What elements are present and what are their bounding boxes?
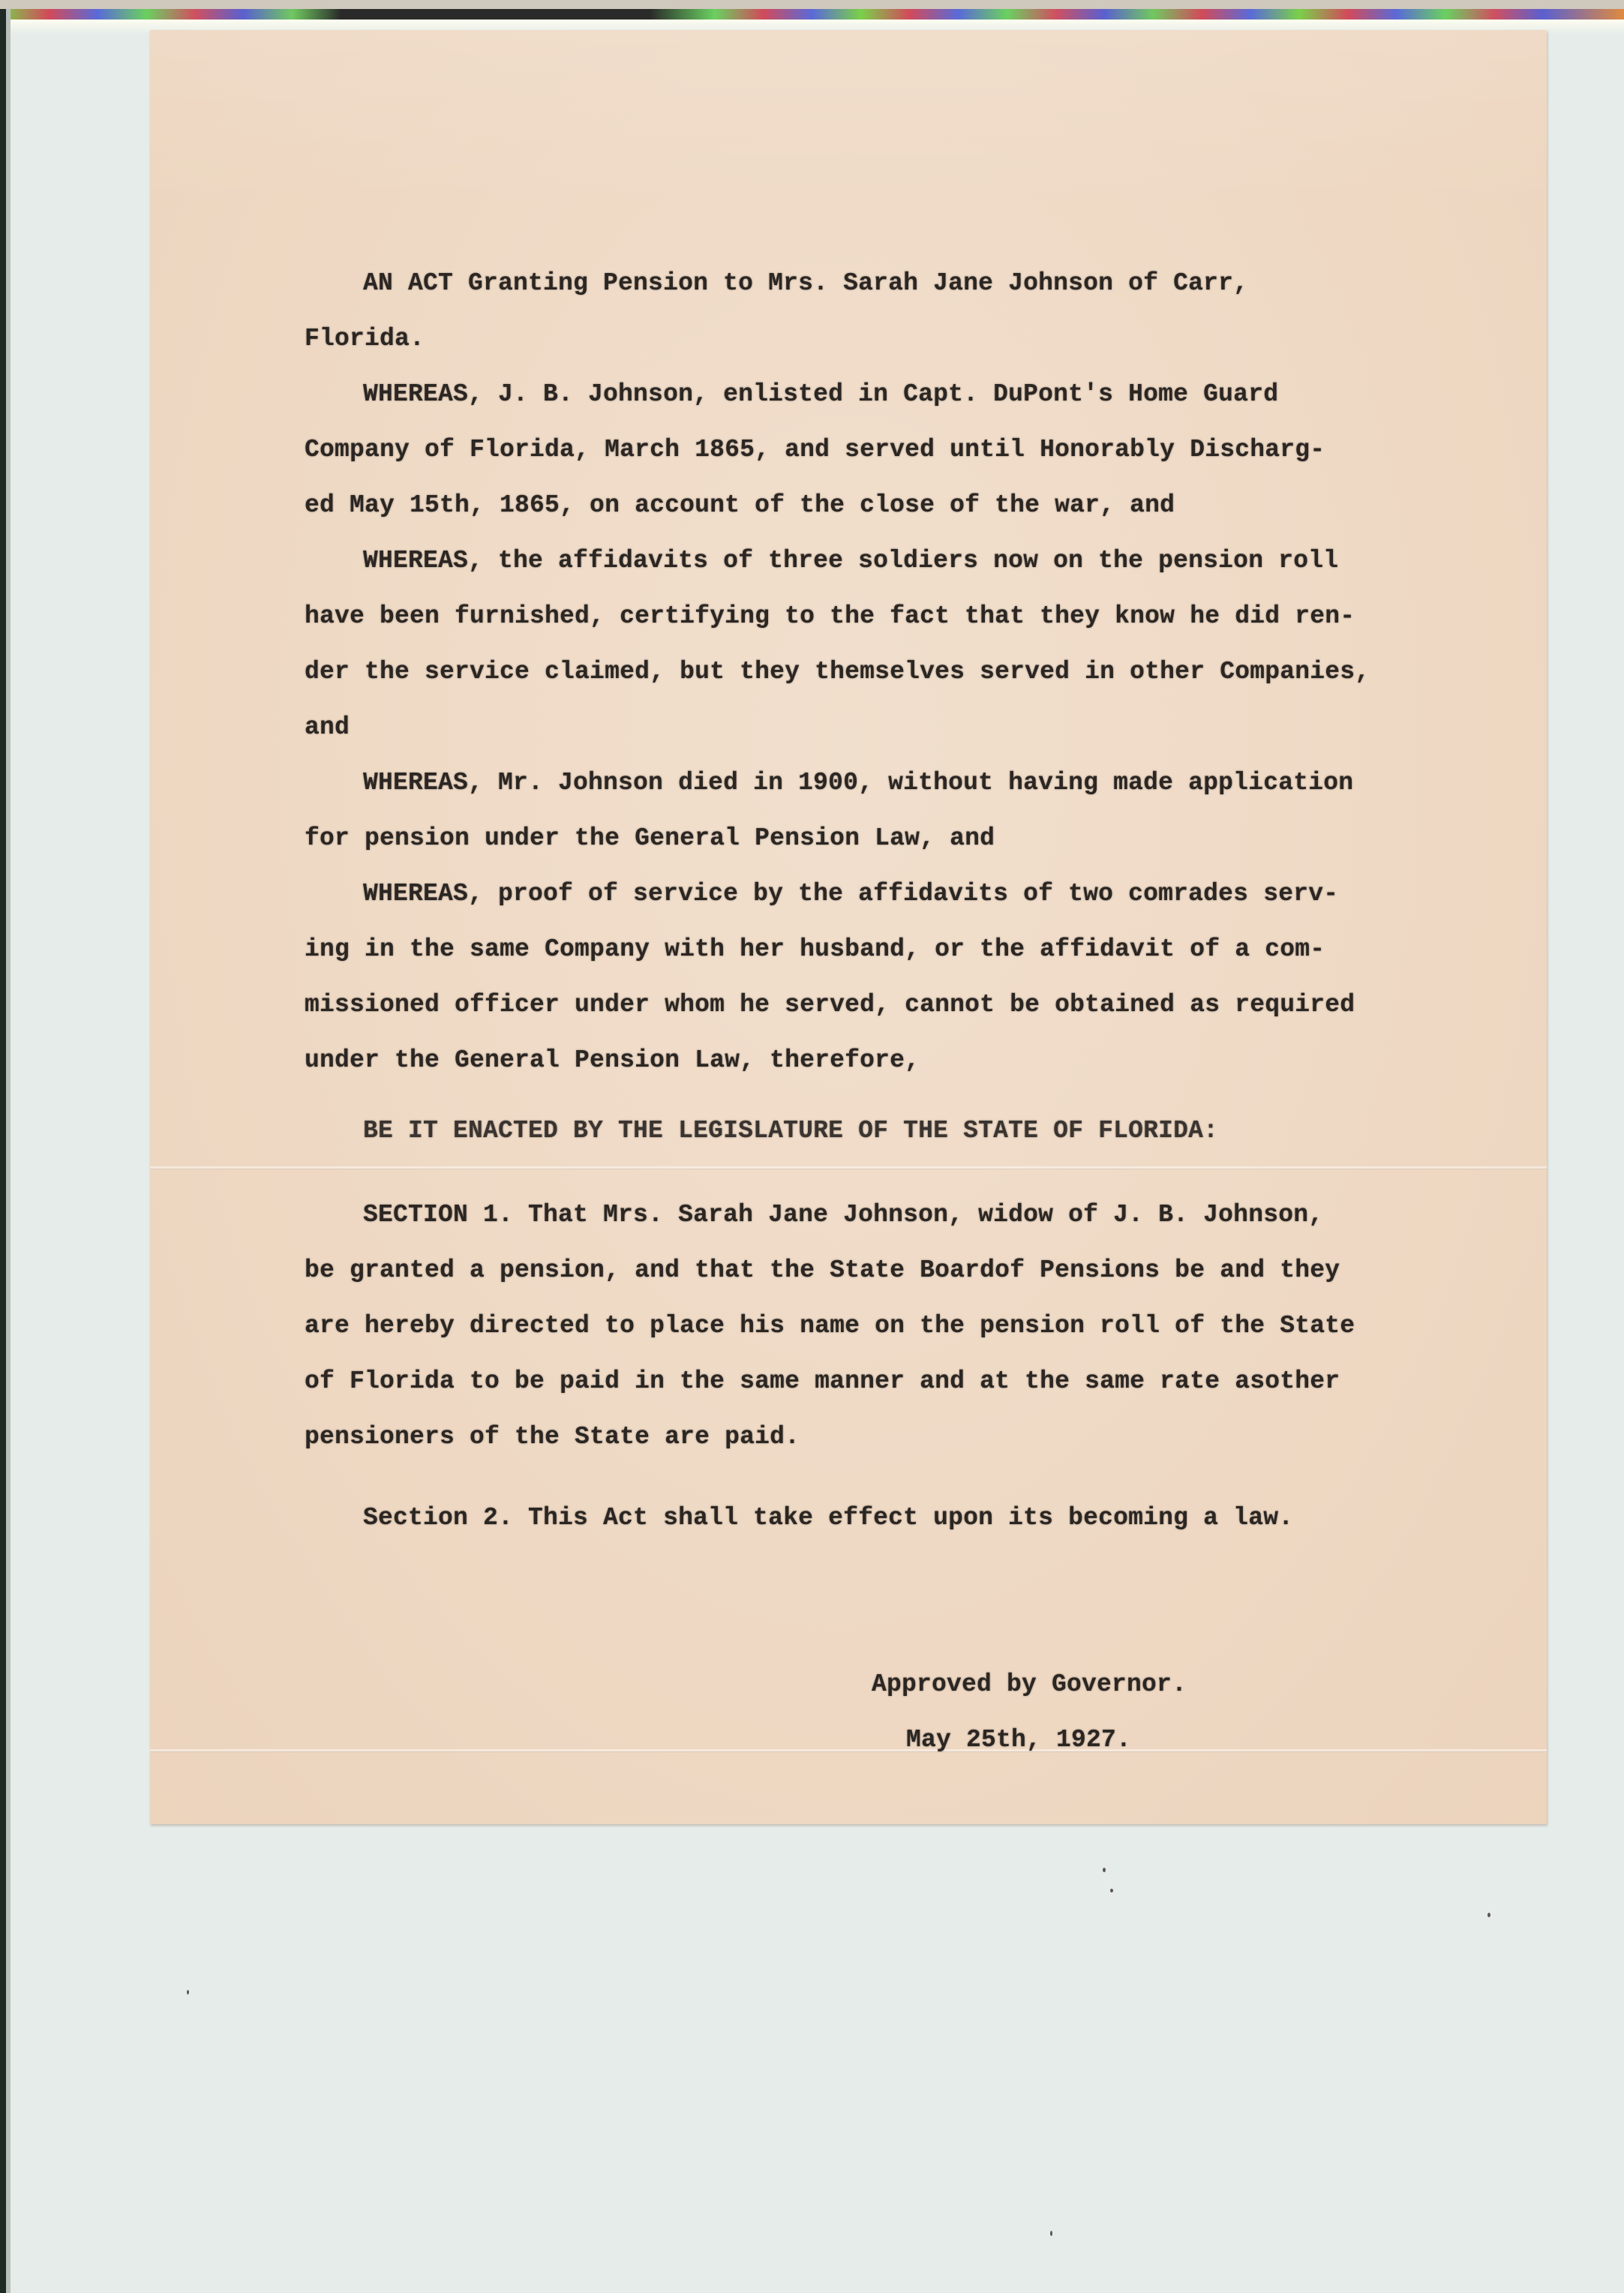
section-1-line-2: be granted a pension, and that the State…: [305, 1256, 1340, 1286]
whereas-3-line-2: for pension under the General Pension La…: [305, 824, 995, 854]
scan-speck: [187, 1990, 189, 1994]
approval-line: Approved by Governor.: [872, 1670, 1187, 1700]
whereas-1-line-1: WHEREAS, J. B. Johnson, enlisted in Capt…: [363, 380, 1278, 410]
section-1-line-4: of Florida to be paid in the same manner…: [305, 1367, 1340, 1397]
whereas-4-line-3: missioned officer under whom he served, …: [305, 990, 1355, 1020]
section-2: Section 2. This Act shall take effect up…: [363, 1503, 1293, 1533]
approval-date: May 25th, 1927.: [906, 1725, 1131, 1755]
scan-speck: [1110, 1889, 1113, 1892]
whereas-2-line-2: have been furnished, certifying to the f…: [305, 602, 1355, 632]
section-1-line-5: pensioners of the State are paid.: [305, 1422, 800, 1452]
whereas-2-line-1: WHEREAS, the affidavits of three soldier…: [363, 546, 1338, 576]
whereas-1-line-3: ed May 15th, 1865, on account of the clo…: [305, 491, 1175, 521]
whereas-1-line-2: Company of Florida, March 1865, and serv…: [305, 435, 1325, 465]
whereas-4-line-4: under the General Pension Law, therefore…: [305, 1046, 920, 1076]
whereas-2-line-3: der the service claimed, but they themse…: [305, 657, 1370, 687]
typewritten-act: AN ACT Granting Pension to Mrs. Sarah Ja…: [0, 0, 1624, 2293]
scan-speck: [1487, 1913, 1490, 1917]
whereas-4-line-2: ing in the same Company with her husband…: [305, 935, 1325, 965]
whereas-4-line-1: WHEREAS, proof of service by the affidav…: [363, 879, 1338, 909]
act-title-line-1: AN ACT Granting Pension to Mrs. Sarah Ja…: [363, 269, 1248, 299]
whereas-2-line-4: and: [305, 713, 350, 743]
whereas-3-line-1: WHEREAS, Mr. Johnson died in 1900, witho…: [363, 768, 1353, 798]
scan-speck: [1103, 1868, 1106, 1872]
act-title-line-2: Florida.: [305, 324, 425, 354]
section-1-line-1: SECTION 1. That Mrs. Sarah Jane Johnson,…: [363, 1200, 1323, 1230]
section-1-line-3: are hereby directed to place his name on…: [305, 1311, 1355, 1341]
enacting-clause: BE IT ENACTED BY THE LEGISLATURE OF THE …: [363, 1116, 1218, 1146]
scan-speck: [1050, 2231, 1052, 2236]
